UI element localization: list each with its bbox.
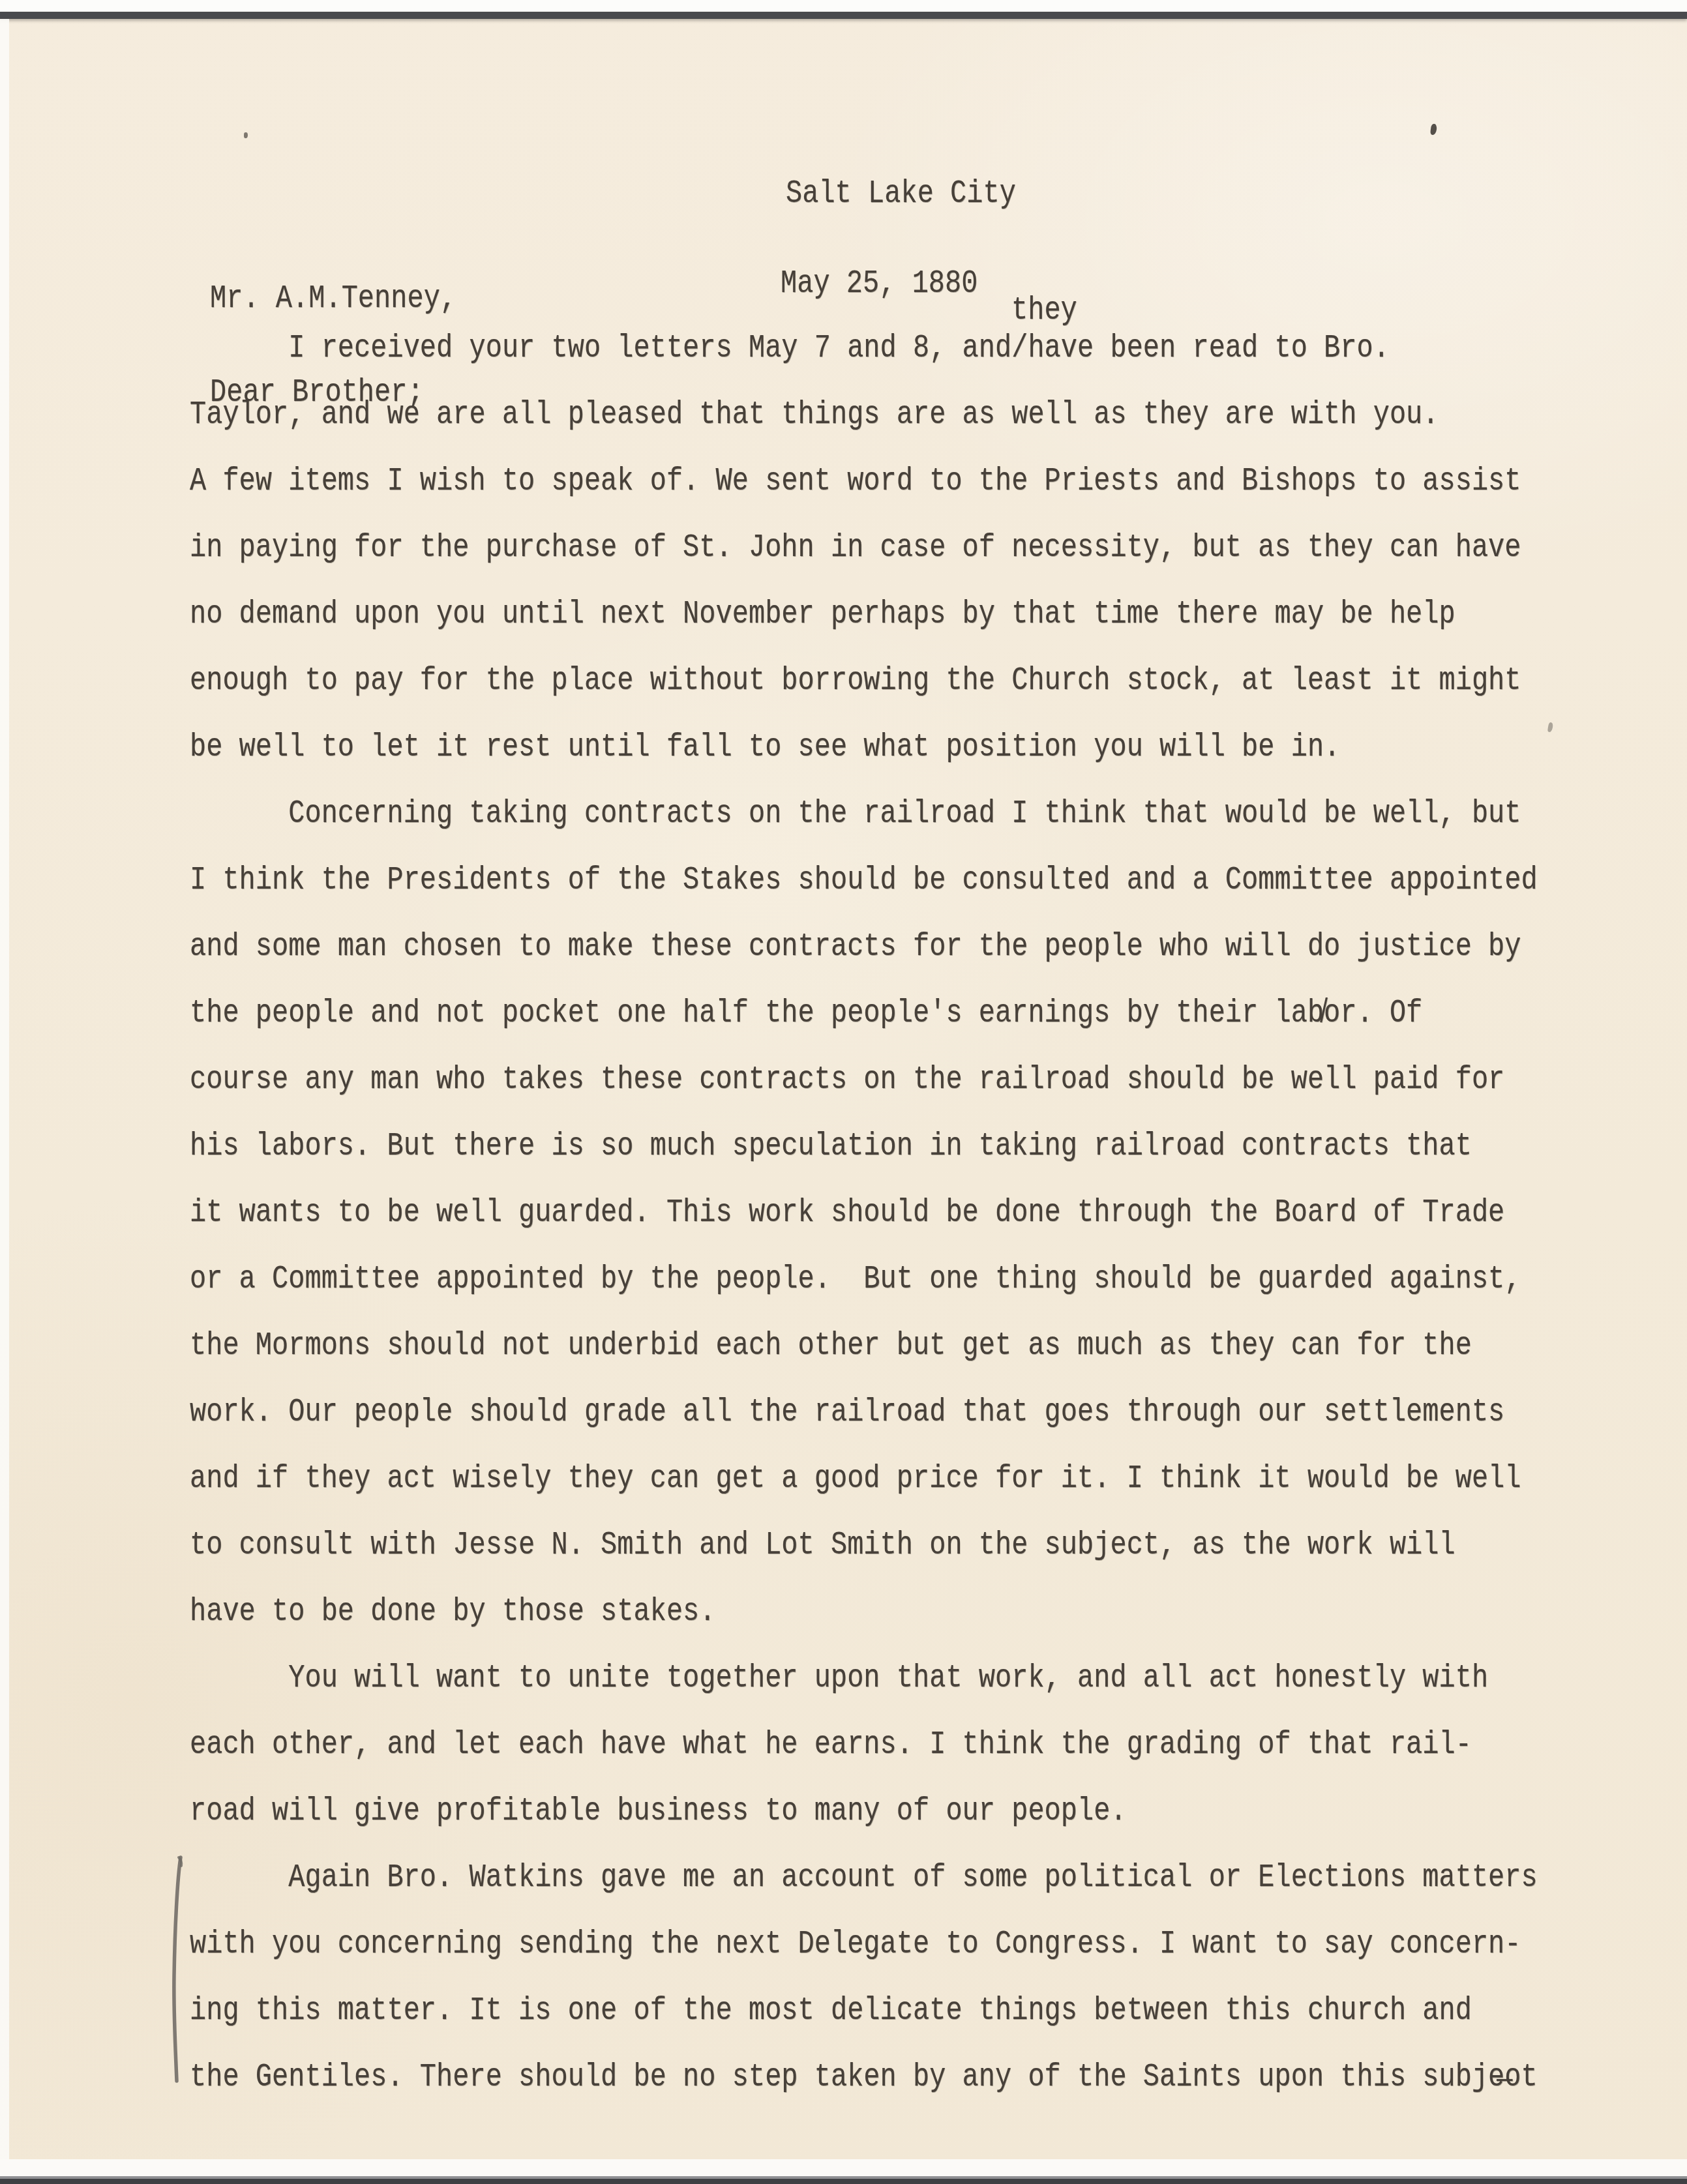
scan-edge-left-white xyxy=(0,19,9,2164)
interline-insertion: they xyxy=(1011,294,1077,327)
apostrophe-speck-icon xyxy=(1547,722,1553,733)
dateline-place: Salt Lake City xyxy=(781,177,1016,219)
recipient-line: Mr. A.M.Tenney, xyxy=(210,282,456,329)
body-line: the Gentiles. There should be no step ta… xyxy=(190,2061,1538,2139)
dateline-date: May 25, 1880 xyxy=(781,267,1016,309)
scan-edge-bottom-light xyxy=(0,2159,1687,2176)
scan-edge-top-white xyxy=(0,0,1687,12)
apostrophe-speck-icon xyxy=(1430,123,1437,135)
scan-edge-top-dark xyxy=(0,12,1687,19)
scan-edge-bottom-dark xyxy=(0,2179,1687,2184)
dot-speck-icon xyxy=(244,132,248,138)
dateline: Salt Lake City May 25, 1880 xyxy=(781,123,1016,357)
letter-body: I received your two letters May 7 and 8,… xyxy=(190,332,1538,2127)
scanned-letter-page: Salt Lake City May 25, 1880 Mr. A.M.Tenn… xyxy=(0,0,1687,2184)
